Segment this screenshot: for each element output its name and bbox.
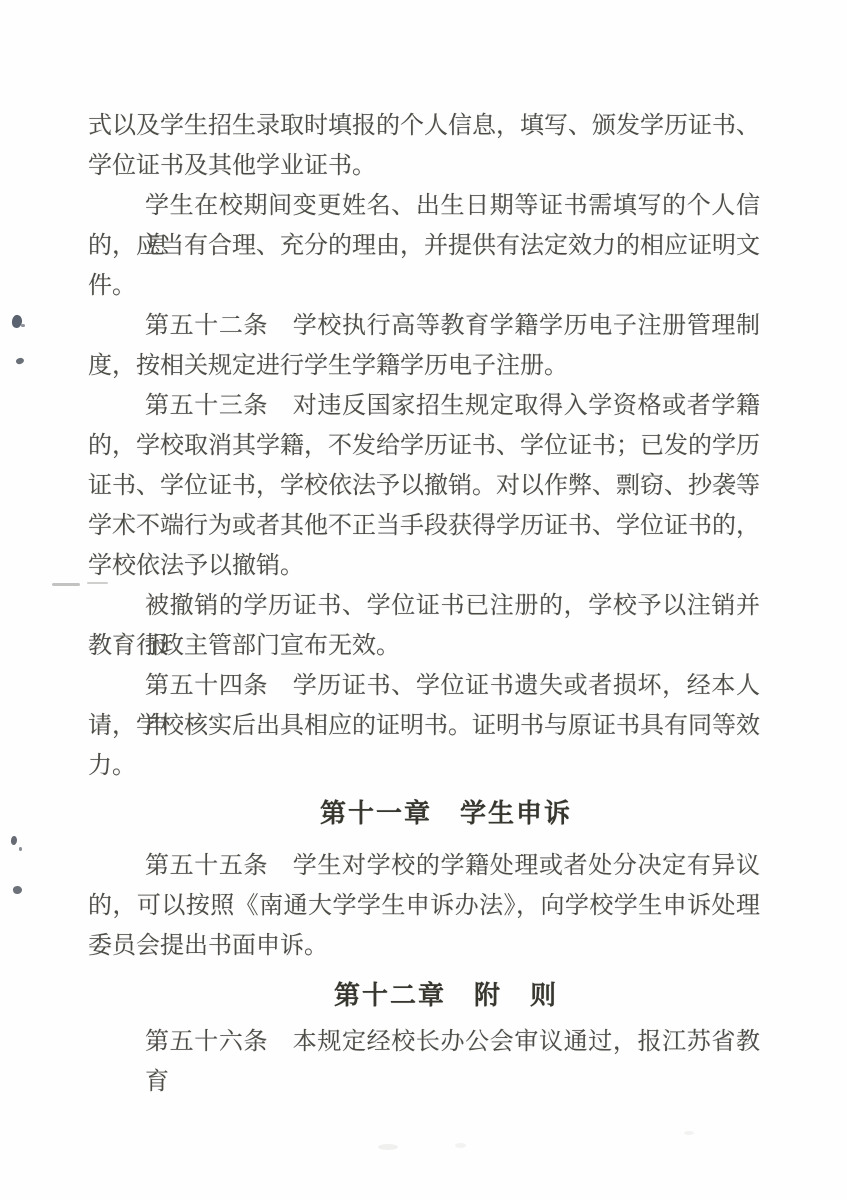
text-line: 式以及学生招生录取时填报的个人信息，填写、颁发学历证书、 xyxy=(88,106,760,146)
pencil-dash-mark xyxy=(87,582,108,584)
text-line-article-53: 第五十三条 对违反国家招生规定取得入学资格或者学籍 xyxy=(88,386,760,426)
scan-smudge xyxy=(378,1144,398,1150)
text-line-article-55: 第五十五条 学生对学校的学籍处理或者处分决定有异议 xyxy=(88,846,760,886)
text-line: 学生在校期间变更姓名、出生日期等证书需填写的个人信息 xyxy=(88,186,760,226)
text-line-article-56: 第五十六条 本规定经校长办公会审议通过，报江苏省教育 xyxy=(88,1022,760,1062)
document-text-column: 式以及学生招生录取时填报的个人信息，填写、颁发学历证书、 学位证书及其他学业证书… xyxy=(88,106,760,1062)
ink-speck xyxy=(21,324,25,327)
chapter-heading-12: 第十二章 附 则 xyxy=(88,976,760,1016)
pencil-dash-mark xyxy=(52,583,80,586)
chapter-heading-11: 第十一章 学生申诉 xyxy=(88,794,760,834)
text-line-article-54: 第五十四条 学历证书、学位证书遗失或者损坏，经本人申 xyxy=(88,666,760,706)
text-line: 件。 xyxy=(88,266,760,306)
text-line: 证书、学位证书，学校依法予以撤销。对以作弊、剽窃、抄袭等 xyxy=(88,466,760,506)
ink-speck xyxy=(10,836,17,846)
text-line: 的，可以按照《南通大学学生申诉办法》，向学校学生申诉处理 xyxy=(88,886,760,926)
text-line-article-52: 第五十二条 学校执行高等教育学籍学历电子注册管理制 xyxy=(88,306,760,346)
text-line: 的，应当有合理、充分的理由，并提供有法定效力的相应证明文 xyxy=(88,226,760,266)
text-line: 力。 xyxy=(88,746,760,786)
text-line: 教育行政主管部门宣布无效。 xyxy=(88,626,760,666)
text-line: 学位证书及其他学业证书。 xyxy=(88,146,760,186)
text-line: 被撤销的学历证书、学位证书已注册的，学校予以注销并报 xyxy=(88,586,760,626)
ink-speck xyxy=(12,885,22,894)
text-line: 学校依法予以撤销。 xyxy=(88,546,760,586)
text-line: 的，学校取消其学籍，不发给学历证书、学位证书；已发的学历 xyxy=(88,426,760,466)
scan-smudge xyxy=(684,1131,694,1135)
scanned-document-page: 式以及学生招生录取时填报的个人信息，填写、颁发学历证书、 学位证书及其他学业证书… xyxy=(0,0,847,1200)
text-line: 度，按相关规定进行学生学籍学历电子注册。 xyxy=(88,346,760,386)
text-line: 学术不端行为或者其他不正当手段获得学历证书、学位证书的， xyxy=(88,506,760,546)
ink-speck xyxy=(15,357,25,365)
text-line: 委员会提出书面申诉。 xyxy=(88,926,760,966)
ink-speck xyxy=(19,847,22,851)
scan-smudge xyxy=(455,1143,466,1148)
text-line: 请，学校核实后出具相应的证明书。证明书与原证书具有同等效 xyxy=(88,706,760,746)
